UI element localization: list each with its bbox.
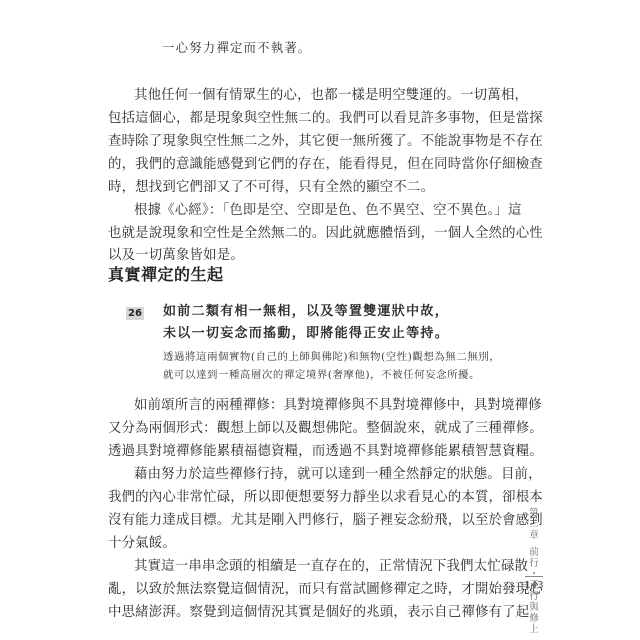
- side-tab-char: 前: [526, 547, 542, 558]
- side-tab-char: 修: [526, 613, 542, 624]
- paragraph-line: 沒有能力達成目標。尤其是剛入門修行，腦子裡妄念紛飛，以至於會感到: [108, 511, 516, 531]
- paragraph-line: 亂，以致於無法察覺這個情況，而只有當試圖修禪定之時，才開始發現心: [108, 580, 516, 600]
- paragraph-line: 我們的內心非常忙碌，所以即便想要努力靜坐以求看見心的本質，卻根本: [108, 488, 516, 508]
- paragraph-line: 查時除了現象與空性無二之外，其它便一無所獲了。不能說事物是不存在: [108, 132, 516, 152]
- paragraph-line: 透過具對境禪修能累積福德資糧，而透過不具對境禪修能累積智慧資糧。: [108, 442, 516, 462]
- paragraph-line: 如前頌所言的兩種禪修：具對境禪修與不具對境禪修中，具對境禪修: [134, 396, 542, 416]
- verse-line: 未以一切妄念而搖動，即將能得正安止等持。: [163, 324, 449, 344]
- paragraph-line: 根據《心經》：「色即是空、空即是色、色不異空、空不異色。」這: [134, 201, 542, 221]
- side-tab-char: ・: [526, 569, 542, 580]
- side-tab-char: 行: [526, 591, 542, 602]
- verse-commentary: 就可以達到一種高層次的禪定境界(奢摩他)，不被任何妄念所擾。: [163, 367, 480, 383]
- paragraph-line: 也就是說現象和空性是全然無二的。因此就應體悟到，一個人全然的心性: [108, 224, 516, 244]
- paragraph-line: 藉由努力於這些禪修行持，就可以達到一種全然靜定的狀態。目前，: [134, 465, 542, 485]
- paragraph-line: 中思緒澎湃。察覺到這個情況其實是個好的兆頭，表示自己禪修有了起: [108, 603, 516, 623]
- side-tab-char: 二: [526, 519, 542, 530]
- side-tab-char: 與: [526, 602, 542, 613]
- opening-line: 一心努力禪定而不執著。: [162, 38, 312, 56]
- paragraph-line: 包括這個心，都是現象與空性無二的。我們可以看見許多事物，但是當探: [108, 109, 516, 129]
- chapter-side-tab: 第 二 章 前 行 ・ 正 行 與 修 上: [526, 508, 542, 635]
- verse-commentary: 透過將這兩個實物(自己的上師與佛陀)和無物(空性)觀想為無二無別，: [163, 349, 500, 365]
- verse-number: 26: [126, 307, 144, 320]
- page-number: 143: [522, 580, 546, 591]
- paragraph-line: 十分氣餒。: [108, 534, 516, 554]
- section-heading: 真實禪定的生起: [108, 262, 224, 285]
- paragraph-line: 的，我們的意識能感覺到它們的存在，能看得見，但在同時當你仔細檢查: [108, 155, 516, 175]
- page-number-divider: [525, 576, 543, 577]
- paragraph-line: 又分為兩個形式：觀想上師以及觀想佛陀。整個說來，就成了三種禪修。: [108, 419, 516, 439]
- side-tab-char: 上: [526, 624, 542, 635]
- side-tab-char: 行: [526, 558, 542, 569]
- verse-line: 如前二類有相一無相，以及等置雙運狀中故，: [163, 302, 449, 322]
- paragraph-line: 其實這一串串念頭的相續是一直存在的，正常情況下我們太忙碌散: [134, 557, 542, 577]
- book-page: 一心努力禪定而不執著。 其他任何一個有情眾生的心，也都一樣是明空雙運的。一切萬相…: [0, 0, 640, 640]
- side-tab-char: 第: [526, 508, 542, 519]
- paragraph-line: 時，想找到它們卻又了不可得，只有全然的顯空不二。: [108, 178, 516, 198]
- paragraph-line: 其他任何一個有情眾生的心，也都一樣是明空雙運的。一切萬相，: [134, 86, 542, 106]
- side-tab-char: 章: [526, 530, 542, 541]
